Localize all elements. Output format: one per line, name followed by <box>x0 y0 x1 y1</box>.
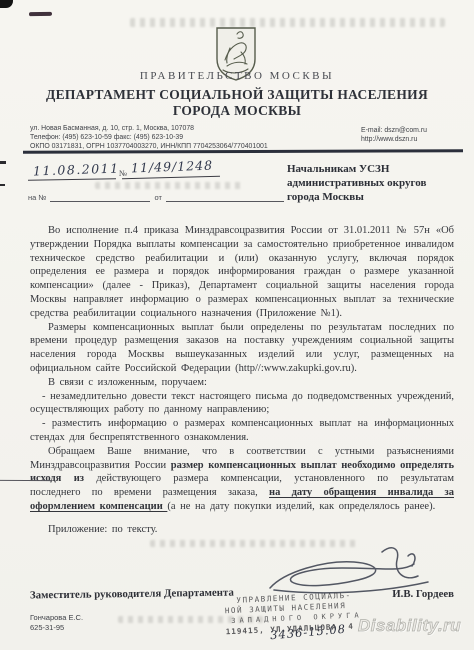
letterhead-divider <box>23 149 463 154</box>
government-title: ПРАВИТЕЛЬСТВО МОСКВЫ <box>0 70 474 82</box>
paragraph-4: Обращаем Ваше внимание, что в соответств… <box>30 445 454 514</box>
paragraph-1: Во исполнение п.4 приказа Минздравсоцраз… <box>30 224 454 321</box>
pen-margin-mark <box>0 480 52 482</box>
letterhead-address: ул. Новая Басманная, д. 10, стр. 1, Моск… <box>30 125 268 134</box>
paragraph-2: Размеры компенсационных выплат были опре… <box>30 321 454 376</box>
attachment-note: Приложение: по тексту. <box>30 523 454 537</box>
number-sign: № <box>119 168 127 178</box>
scan-dash-artifact <box>29 12 52 16</box>
outgoing-date-handwritten: 11.08.2011 <box>33 160 120 178</box>
executor-block: Гончарова Е.С. 625-31-95 <box>30 613 83 633</box>
watermark: Disability.ru <box>358 616 461 636</box>
letterhead-phone: Телефон: (495) 623-10-59 факс: (495) 623… <box>30 134 268 143</box>
letterhead-email: E-mail: dszn@com.ru <box>361 127 427 136</box>
p4-run: (а не на дату покупки изделий, как опред… <box>167 501 435 512</box>
addressee-line: города Москвы <box>287 190 465 204</box>
letterhead-web-block: E-mail: dszn@com.ru http://www.dszn.ru <box>361 127 427 145</box>
reply-number-blank <box>50 193 150 202</box>
letter-body: Во исполнение п.4 приказа Минздравсоцраз… <box>30 224 454 537</box>
addressee-block: Начальникам УСЗН административных округо… <box>287 162 465 205</box>
scan-corner-artifact <box>0 0 13 8</box>
executor-name: Гончарова Е.С. <box>30 613 83 623</box>
reply-reference-line: на № от <box>28 193 284 202</box>
scan-edge-mark <box>0 184 5 186</box>
date-underline <box>28 178 116 181</box>
letterhead-contact-block: ул. Новая Басманная, д. 10, стр. 1, Моск… <box>30 125 268 151</box>
reply-label: на № <box>28 193 46 202</box>
ghost-text-artifact <box>118 616 263 623</box>
reply-date-blank <box>166 193 284 202</box>
executor-phone: 625-31-95 <box>30 623 83 633</box>
outgoing-number-handwritten: 11/49/1248 <box>131 158 214 176</box>
ghost-text-artifact <box>95 182 245 189</box>
reply-from-label: от <box>154 193 161 202</box>
bullet-item-2: - разместить информацию о размерах компе… <box>30 417 454 445</box>
addressee-line: Начальникам УСЗН <box>287 162 465 176</box>
ghost-text-artifact <box>130 18 445 27</box>
bullet-item-1: - незамедлительно довести текст настояще… <box>30 390 454 418</box>
addressee-line: административных округов <box>287 176 465 190</box>
department-title-line1: ДЕПАРТАМЕНТ СОЦИАЛЬНОЙ ЗАЩИТЫ НАСЕЛЕНИЯ <box>0 87 474 103</box>
department-title-line2: ГОРОДА МОСКВЫ <box>0 103 474 119</box>
signer-title: Заместитель руководителя Департамента <box>30 587 234 602</box>
letterhead-website: http://www.dszn.ru <box>361 136 427 145</box>
paragraph-3: В связи с изложенным, поручаем: <box>30 376 454 390</box>
scanned-letter: ПРАВИТЕЛЬСТВО МОСКВЫ ДЕПАРТАМЕНТ СОЦИАЛЬ… <box>0 0 474 650</box>
scan-edge-mark <box>0 161 6 164</box>
number-underline <box>122 176 220 180</box>
